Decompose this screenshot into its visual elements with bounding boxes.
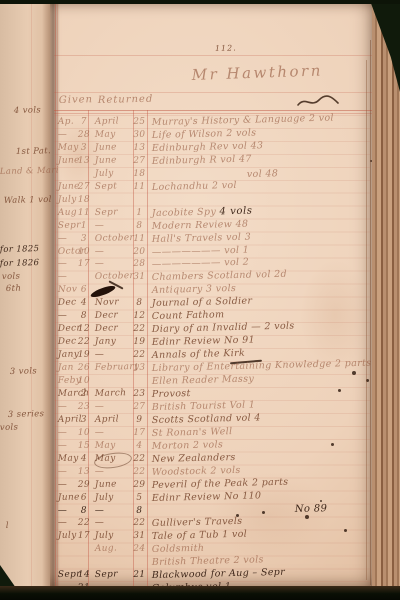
returned-month: June (95, 155, 132, 166)
given-day: 1 (78, 220, 90, 230)
returned-month: March (95, 388, 132, 399)
entry-title: Annals of the Kirk (152, 348, 246, 361)
ink-spot-icon (338, 389, 341, 392)
given-day: 8 (78, 505, 90, 515)
returned-month: Decr (95, 323, 132, 334)
returned-month: Decr (95, 310, 132, 321)
entry-title: Gulliver's Travels (152, 516, 243, 529)
entry-title-text: Journal of a Soldier (152, 296, 253, 309)
returned-day: 22 (132, 453, 147, 463)
entry-title-text: Edinburgh Rev vol 43 (152, 140, 264, 154)
returned-day: 28 (132, 259, 147, 269)
entry-title: Count Fathom (152, 309, 225, 322)
returned-month: Sept (95, 181, 132, 192)
left-page-fragment: 1st Pat. (16, 146, 51, 157)
left-page-fragment: l (6, 521, 9, 531)
given-day: 15 (78, 440, 90, 450)
entry-title: Goldsmith (152, 543, 205, 555)
returned-month: — (95, 220, 132, 231)
entry-title: Journal of a Soldier (152, 296, 253, 309)
entry-title: Murray's History & Language 2 vol (152, 113, 334, 128)
entry-title: Life of Wilson 2 vols (152, 127, 257, 141)
given-day: 14 (78, 570, 90, 580)
given-day: 10 (78, 428, 90, 438)
entry-title-dark-text: 4 vols (219, 205, 252, 217)
returned-day: 22 (132, 324, 147, 334)
returned-month: June (95, 479, 132, 490)
returned-day: 27 (132, 155, 147, 165)
entry-title: Antiquary 3 vols (152, 283, 237, 296)
returned-month: July (95, 530, 132, 541)
returned-month: April (95, 116, 132, 127)
given-day: 26 (78, 363, 90, 373)
given-day: 17 (78, 531, 90, 541)
returned-month: — (95, 505, 132, 516)
returned-day: 8 (132, 298, 147, 308)
given-day: 4 (78, 298, 90, 308)
given-day: 13 (78, 156, 90, 166)
left-page-fragment: for 1825 (0, 244, 39, 255)
entry-title-text: ——————— vol 2 (152, 257, 250, 270)
given-day: 17 (78, 259, 90, 269)
returned-day: 13 (132, 363, 147, 373)
returned-day: 5 (132, 492, 147, 502)
given-day: 3 (78, 143, 90, 153)
left-page-fragment: 3 vols (10, 366, 37, 377)
entry-title-text: Blackwood for Aug – Sepr (152, 567, 285, 581)
returned-month: February (95, 362, 132, 373)
entry-title: Modern Review 48 (152, 218, 249, 231)
page-crease (370, 40, 371, 585)
entry-title-text: British Tourist Vol 1 (152, 399, 256, 413)
returned-month: — (95, 349, 132, 360)
given-month: — (58, 272, 84, 283)
ledger-entries: Ap.7April25Murray's History & Language 2… (0, 0, 400, 600)
entry-title-text: Hall's Travels vol 3 (152, 231, 251, 244)
ink-spot-icon (236, 514, 239, 517)
given-day: 12 (78, 324, 90, 334)
entry-title: Chambers Scotland vol 2d (152, 269, 287, 283)
returned-month: — (95, 259, 132, 270)
entry-title-text: Jacobite Spy (152, 206, 220, 219)
entry-title: Woodstock 2 vols (152, 464, 241, 477)
page-edges-stack (372, 0, 400, 592)
returned-day: 11 (132, 233, 147, 243)
entry-title-text: Edinr Review No 91 (152, 335, 255, 349)
page-crease (366, 60, 367, 580)
entry-title-text: Annals of the Kirk (152, 348, 246, 361)
returned-day: 8 (132, 220, 147, 230)
entry-title: Tale of a Tub 1 vol (152, 529, 248, 542)
ink-spot-icon (352, 371, 356, 375)
entry-title-text: Provost (152, 388, 191, 400)
entry-title: Scotts Scotland vol 4 (152, 412, 261, 426)
returned-day: 21 (132, 570, 147, 580)
returned-month: October (95, 271, 132, 282)
left-page-fragment: Land & Mari (0, 166, 59, 177)
entry-title: Morton 2 vols (152, 439, 224, 452)
left-page-fragment: vols (0, 423, 18, 433)
entry-title-text: Edinr Review No 110 (152, 490, 262, 504)
returned-month: July (95, 168, 132, 179)
entry-title: Ellen Reader Massy (152, 374, 255, 387)
given-day: 3 (78, 233, 90, 243)
returned-month: — (95, 518, 132, 529)
returned-day: 18 (132, 168, 147, 178)
entry-title-text: Modern Review 48 (152, 218, 249, 231)
entry-title-text: Ellen Reader Massy (152, 374, 255, 387)
entry-title: Edinburgh R vol 47 (152, 153, 252, 166)
returned-day: 4 (132, 440, 147, 450)
given-day: 19 (78, 350, 90, 360)
entry-title: Blackwood for Aug – Sepr (152, 567, 285, 581)
entry-title-text: Woodstock 2 vols (152, 464, 241, 477)
entry-title: Edinr Review No 91 (152, 335, 255, 349)
entry-title-text: Count Fathom (152, 309, 225, 322)
returned-day: 22 (132, 350, 147, 360)
returned-month: Jany (95, 336, 132, 347)
returned-day: 9 (132, 414, 147, 424)
entry-title: Provost (152, 388, 191, 400)
given-day: 22 (78, 337, 90, 347)
given-day: 6 (78, 285, 90, 295)
given-day: 18 (78, 194, 90, 204)
entry-title-text: Lochandhu 2 vol (152, 180, 237, 193)
entry-title: Jacobite Spy 4 vols (152, 205, 253, 218)
entry-title-text: Diary of an Invalid — 2 vols (152, 321, 295, 335)
entry-title: St Ronan's Well (152, 426, 233, 439)
returned-month: May (95, 440, 132, 451)
given-day: 10 (78, 376, 90, 386)
ink-spot-icon (262, 511, 265, 514)
given-day: 4 (78, 453, 90, 463)
table-background-bottom (0, 586, 400, 600)
entry-title-text: vol 48 (247, 168, 279, 180)
entry-title-text: ——————— vol 1 (152, 244, 250, 257)
given-day: 7 (78, 117, 90, 127)
given-day: 23 (78, 402, 90, 412)
entry-title-text: St Ronan's Well (152, 426, 233, 439)
returned-month: May (95, 129, 132, 140)
entry-title: Diary of an Invalid — 2 vols (152, 321, 295, 335)
ledger-photo: 112. Mr Hawthorn Given Returned Ap.7Apri… (0, 0, 400, 600)
ink-spot-icon (320, 500, 322, 502)
entry-title: British Tourist Vol 1 (152, 399, 256, 413)
entry-title-text: British Theatre 2 vols (152, 555, 264, 569)
returned-day: 1 (132, 207, 147, 217)
given-day: 3 (78, 415, 90, 425)
entry-title: Peveril of the Peak 2 parts (152, 476, 289, 490)
entry-title: ——————— vol 1 (152, 244, 250, 257)
returned-month: April (95, 414, 132, 425)
returned-month: Novr (95, 297, 132, 308)
returned-month: — (95, 401, 132, 412)
given-day: 10 (78, 246, 90, 256)
returned-day: 24 (132, 544, 147, 554)
returned-day: 31 (132, 531, 147, 541)
entry-title: New Zealanders (152, 452, 236, 465)
returned-day: 25 (132, 117, 147, 127)
returned-day: 13 (132, 143, 147, 153)
left-page-fragment: vols (2, 272, 21, 282)
returned-day: 20 (132, 246, 147, 256)
given-day: 28 (78, 130, 90, 140)
returned-month: Sepr (95, 207, 132, 218)
returned-day: 27 (132, 402, 147, 412)
entry-title: ——————— vol 2 (152, 257, 250, 270)
entry-title-text: Tale of a Tub 1 vol (152, 529, 248, 542)
entry-title-text: Peveril of the Peak 2 parts (152, 476, 289, 490)
entry-title-text: Life of Wilson 2 vols (152, 127, 257, 141)
entry-title-text: New Zealanders (152, 452, 236, 465)
entry-title-text: Edinburgh R vol 47 (152, 153, 252, 166)
left-page-fragment: Walk 1 vol (4, 195, 52, 206)
entry-title-text: Antiquary 3 vols (152, 283, 237, 296)
returned-day: 23 (132, 389, 147, 399)
left-page-fragment: 3 series (8, 409, 45, 420)
returned-month: June (95, 142, 132, 153)
entry-title-text: Morton 2 vols (152, 439, 224, 452)
returned-month: Sepr (95, 569, 132, 580)
left-page-fragment: 6th (6, 284, 22, 294)
returned-day: 31 (132, 272, 147, 282)
returned-day: 29 (132, 479, 147, 489)
table-background-top (0, 0, 400, 4)
returned-day: 30 (132, 130, 147, 140)
returned-month: July (95, 492, 132, 503)
returned-day: 8 (132, 505, 147, 515)
left-page-fragment: for 1826 (0, 258, 39, 269)
entry-title: Lochandhu 2 vol (152, 180, 237, 193)
entry-title-text: Goldsmith (152, 543, 205, 555)
returned-day: 17 (132, 427, 147, 437)
entry-title: Edinburgh Rev vol 43 (152, 140, 264, 154)
given-day: 6 (78, 492, 90, 502)
given-day: 2 (78, 389, 90, 399)
returned-day: 22 (132, 466, 147, 476)
entry-title-text: Chambers Scotland vol 2d (152, 269, 287, 283)
entry-title: vol 48 (247, 168, 279, 180)
entry-title: British Theatre 2 vols (152, 555, 264, 569)
entry-title-dark-text: No 89 (295, 503, 328, 515)
ink-spot-icon (331, 443, 334, 446)
returned-day: 11 (132, 181, 147, 191)
given-day: 13 (78, 466, 90, 476)
given-day: 8 (78, 311, 90, 321)
given-day: 29 (78, 479, 90, 489)
ink-spot-icon (305, 515, 309, 519)
returned-month: October (95, 233, 132, 244)
entry-title-text: Scotts Scotland vol 4 (152, 412, 261, 426)
entry-title-text: Murray's History & Language 2 vol (152, 113, 334, 128)
ink-spot-icon (344, 529, 347, 532)
given-day: 11 (78, 207, 90, 217)
returned-month: Aug. (95, 543, 132, 554)
entry-title: Edinr Review No 110 (152, 490, 262, 504)
given-day: 27 (78, 181, 90, 191)
returned-month: — (95, 427, 132, 438)
entry-title: Hall's Travels vol 3 (152, 231, 251, 244)
returned-day: 19 (132, 337, 147, 347)
returned-month: — (95, 466, 132, 477)
returned-day: 22 (132, 518, 147, 528)
returned-month: — (95, 246, 132, 257)
left-page-fragment: 4 vols (14, 105, 41, 116)
entry-title-text: Gulliver's Travels (152, 516, 243, 529)
returned-day: 12 (132, 311, 147, 321)
given-day: 22 (78, 518, 90, 528)
